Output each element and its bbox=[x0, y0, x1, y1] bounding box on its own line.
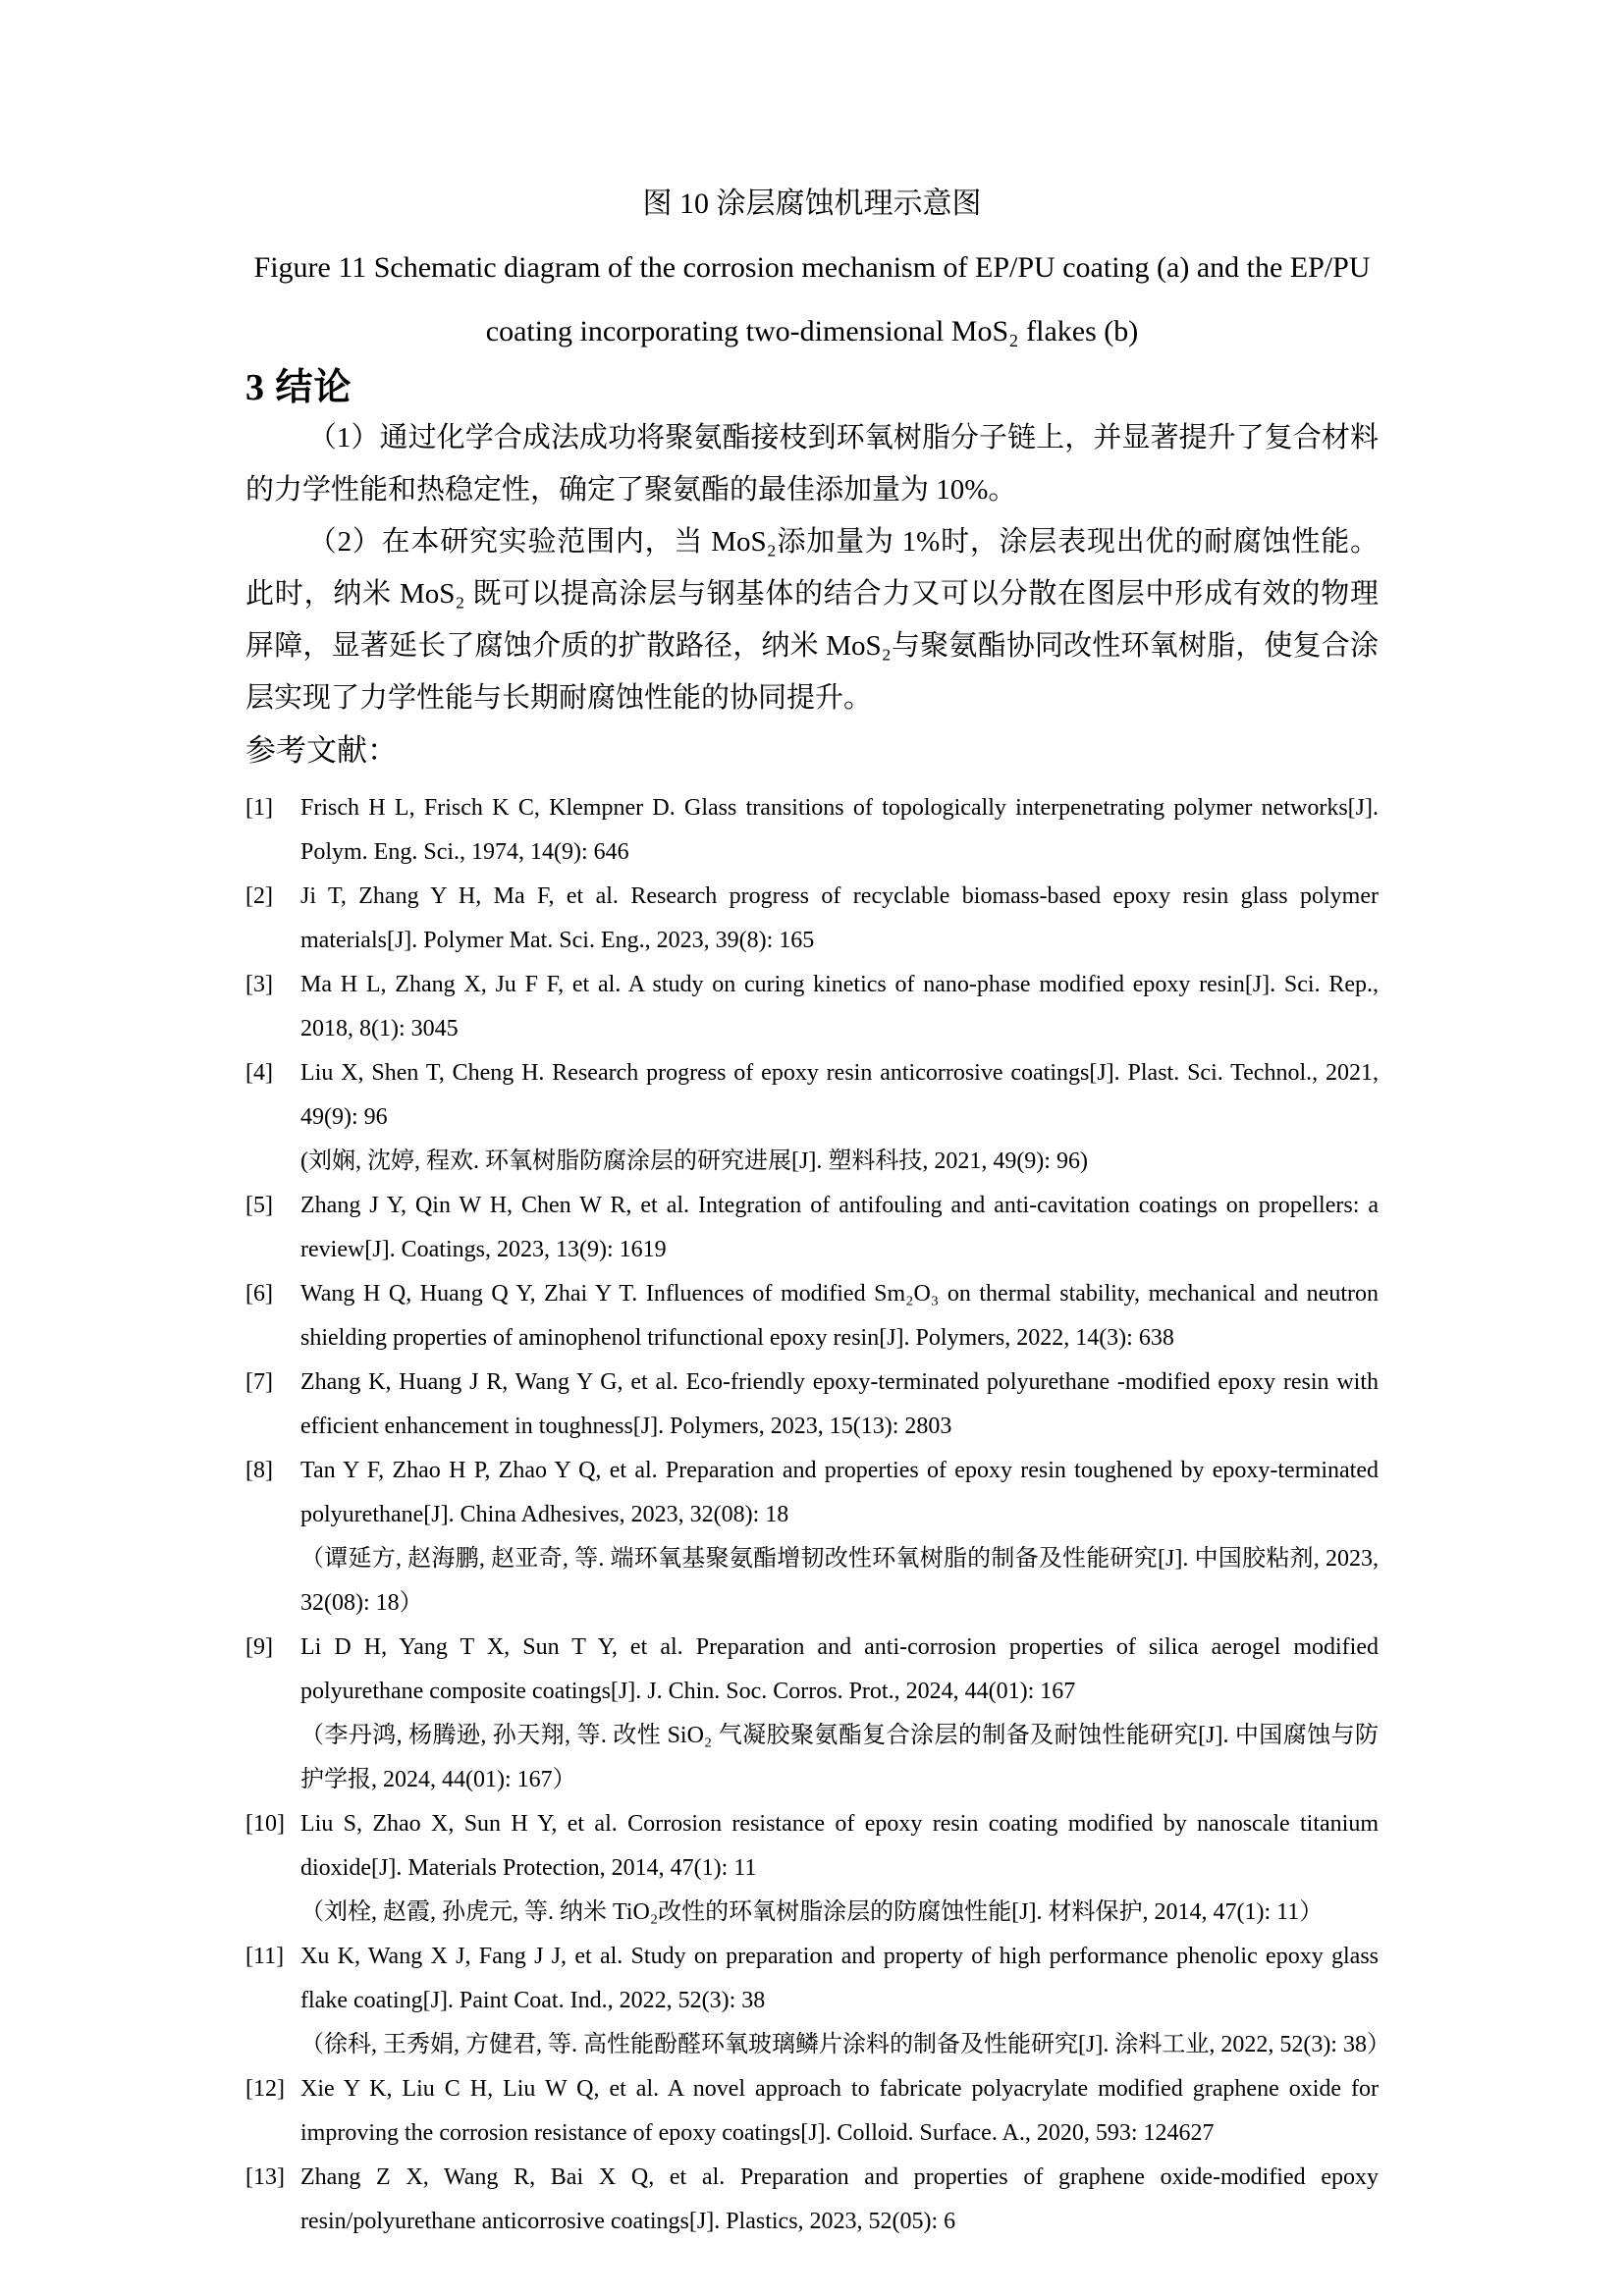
reference-number: [1] bbox=[245, 786, 300, 830]
figure-caption-line-en-2: coating incorporating two-dimensional Mo… bbox=[245, 299, 1379, 363]
reference-item: [2] Ji T, Zhang Y H, Ma F, et al. Resear… bbox=[245, 875, 1379, 963]
reference-text-en: Xu K, Wang X J, Fang J J, et al. Study o… bbox=[300, 1935, 1379, 2023]
reference-text: Frisch H L, Frisch K C, Klempner D. Glas… bbox=[300, 786, 1379, 875]
reference-item: [11] Xu K, Wang X J, Fang J J, et al. St… bbox=[245, 1935, 1379, 2067]
reference-item: [5] Zhang J Y, Qin W H, Chen W R, et al.… bbox=[245, 1184, 1379, 1272]
reference-number: [2] bbox=[245, 875, 300, 919]
reference-text-zh: （徐科, 王秀娟, 方健君, 等. 高性能酚醛环氧玻璃鳞片涂料的制备及性能研究[… bbox=[300, 2023, 1379, 2067]
conclusion-paragraph-2: （2）在本研究实验范围内，当 MoS₂添加量为 1%时，涂层表现出优的耐腐蚀性能… bbox=[245, 516, 1379, 724]
conclusion-heading: 3 结论 bbox=[245, 363, 1379, 412]
reference-text-en: Ma H L, Zhang X, Ju F F, et al. A study … bbox=[300, 963, 1379, 1051]
reference-number: [8] bbox=[245, 1449, 300, 1493]
reference-text-zh: （刘栓, 赵霞, 孙虎元, 等. 纳米 TiO₂改性的环氧树脂涂层的防腐蚀性能[… bbox=[300, 1891, 1379, 1935]
reference-number: [9] bbox=[245, 1626, 300, 1670]
reference-item: [6] Wang H Q, Huang Q Y, Zhai Y T. Influ… bbox=[245, 1272, 1379, 1361]
reference-item: [12] Xie Y K, Liu C H, Liu W Q, et al. A… bbox=[245, 2067, 1379, 2156]
reference-item: [13] Zhang Z X, Wang R, Bai X Q, et al. … bbox=[245, 2156, 1379, 2244]
references-heading: 参考文献： bbox=[245, 724, 1379, 776]
reference-number: [12] bbox=[245, 2067, 300, 2111]
reference-text: Wang H Q, Huang Q Y, Zhai Y T. Influence… bbox=[300, 1272, 1379, 1361]
reference-text: Xie Y K, Liu C H, Liu W Q, et al. A nove… bbox=[300, 2067, 1379, 2156]
reference-item: [4] Liu X, Shen T, Cheng H. Research pro… bbox=[245, 1051, 1379, 1184]
reference-item: [10] Liu S, Zhao X, Sun H Y, et al. Corr… bbox=[245, 1802, 1379, 1935]
reference-text: Liu X, Shen T, Cheng H. Research progres… bbox=[300, 1051, 1379, 1184]
reference-number: [7] bbox=[245, 1361, 300, 1405]
reference-text: Xu K, Wang X J, Fang J J, et al. Study o… bbox=[300, 1935, 1379, 2067]
reference-item: [7] Zhang K, Huang J R, Wang Y G, et al.… bbox=[245, 1361, 1379, 1449]
reference-number: [6] bbox=[245, 1272, 300, 1316]
reference-text-en: Liu S, Zhao X, Sun H Y, et al. Corrosion… bbox=[300, 1802, 1379, 1891]
conclusion-paragraph-1: （1）通过化学合成法成功将聚氨酯接枝到环氧树脂分子链上，并显著提升了复合材料的力… bbox=[245, 412, 1379, 516]
reference-text-zh: （李丹鸿, 杨腾逊, 孙天翔, 等. 改性 SiO₂ 气凝胶聚氨酯复合涂层的制备… bbox=[300, 1714, 1379, 1802]
reference-text-zh: (刘娴, 沈婷, 程欢. 环氧树脂防腐涂层的研究进展[J]. 塑料科技, 202… bbox=[300, 1140, 1379, 1184]
reference-text-en: Frisch H L, Frisch K C, Klempner D. Glas… bbox=[300, 786, 1379, 875]
reference-text: Zhang K, Huang J R, Wang Y G, et al. Eco… bbox=[300, 1361, 1379, 1449]
references-list: [1] Frisch H L, Frisch K C, Klempner D. … bbox=[245, 786, 1379, 2244]
reference-text: Ji T, Zhang Y H, Ma F, et al. Research p… bbox=[300, 875, 1379, 963]
reference-item: [3] Ma H L, Zhang X, Ju F F, et al. A st… bbox=[245, 963, 1379, 1051]
reference-text-en: Zhang K, Huang J R, Wang Y G, et al. Eco… bbox=[300, 1361, 1379, 1449]
reference-text-en: Wang H Q, Huang Q Y, Zhai Y T. Influence… bbox=[300, 1272, 1379, 1361]
reference-text: Liu S, Zhao X, Sun H Y, et al. Corrosion… bbox=[300, 1802, 1379, 1935]
manuscript-page: 图 10 涂层腐蚀机理示意图 Figure 11 Schematic diagr… bbox=[0, 0, 1624, 2296]
reference-text: Tan Y F, Zhao H P, Zhao Y Q, et al. Prep… bbox=[300, 1449, 1379, 1626]
reference-number: [3] bbox=[245, 963, 300, 1007]
reference-text: Li D H, Yang T X, Sun T Y, et al. Prepar… bbox=[300, 1626, 1379, 1802]
reference-number: [10] bbox=[245, 1802, 300, 1846]
reference-text: Zhang Z X, Wang R, Bai X Q, et al. Prepa… bbox=[300, 2156, 1379, 2244]
reference-number: [11] bbox=[245, 1935, 300, 1979]
reference-text-en: Liu X, Shen T, Cheng H. Research progres… bbox=[300, 1051, 1379, 1140]
reference-item: [1] Frisch H L, Frisch K C, Klempner D. … bbox=[245, 786, 1379, 875]
reference-text-en: Zhang Z X, Wang R, Bai X Q, et al. Prepa… bbox=[300, 2156, 1379, 2244]
reference-text-en: Ji T, Zhang Y H, Ma F, et al. Research p… bbox=[300, 875, 1379, 963]
reference-text-en: Tan Y F, Zhao H P, Zhao Y Q, et al. Prep… bbox=[300, 1449, 1379, 1537]
reference-text: Zhang J Y, Qin W H, Chen W R, et al. Int… bbox=[300, 1184, 1379, 1272]
reference-item: [8] Tan Y F, Zhao H P, Zhao Y Q, et al. … bbox=[245, 1449, 1379, 1626]
figure-caption: 图 10 涂层腐蚀机理示意图 Figure 11 Schematic diagr… bbox=[245, 0, 1379, 363]
reference-text: Ma H L, Zhang X, Ju F F, et al. A study … bbox=[300, 963, 1379, 1051]
reference-number: [13] bbox=[245, 2156, 300, 2200]
figure-caption-line-zh: 图 10 涂层腐蚀机理示意图 bbox=[245, 172, 1379, 236]
figure-caption-line-en-1: Figure 11 Schematic diagram of the corro… bbox=[245, 236, 1379, 299]
reference-number: [4] bbox=[245, 1051, 300, 1095]
reference-number: [5] bbox=[245, 1184, 300, 1228]
reference-text-en: Zhang J Y, Qin W H, Chen W R, et al. Int… bbox=[300, 1184, 1379, 1272]
reference-text-zh: （谭延方, 赵海鹏, 赵亚奇, 等. 端环氧基聚氨酯增韧改性环氧树脂的制备及性能… bbox=[300, 1537, 1379, 1626]
reference-text-en: Xie Y K, Liu C H, Liu W Q, et al. A nove… bbox=[300, 2067, 1379, 2156]
reference-item: [9] Li D H, Yang T X, Sun T Y, et al. Pr… bbox=[245, 1626, 1379, 1802]
reference-text-en: Li D H, Yang T X, Sun T Y, et al. Prepar… bbox=[300, 1626, 1379, 1714]
